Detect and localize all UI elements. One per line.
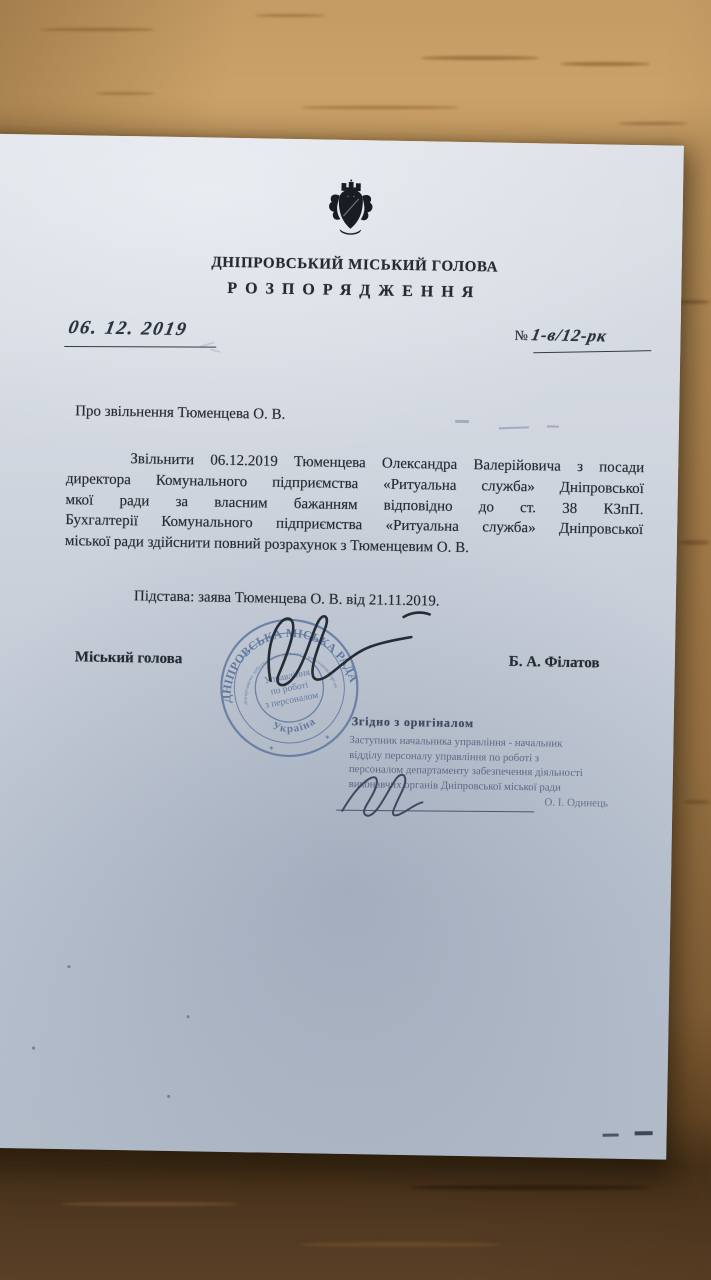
wood-grain-streak (410, 1185, 650, 1190)
number-underline (533, 350, 651, 353)
number-field: № 1-в/12-рк (514, 325, 606, 347)
subject-line: Про звільнення Тюменцева О. В. (75, 403, 495, 427)
date-field: 06. 12. 2019 (68, 317, 187, 341)
wood-grain-streak (618, 122, 688, 125)
wood-grain-streak (255, 14, 325, 17)
paper-speck (167, 1095, 170, 1098)
wood-grain-streak (95, 92, 155, 95)
wood-grain-streak (60, 1202, 240, 1206)
ink-smudge (455, 420, 469, 423)
document-type-title: РОЗПОРЯДЖЕННЯ (69, 277, 639, 305)
city-emblem-icon (326, 178, 375, 241)
print-mark (603, 1134, 619, 1137)
photo-background: ДНІПРОВСЬКИЙ МІСЬКИЙ ГОЛОВА РОЗПОРЯДЖЕНН… (0, 0, 711, 1280)
wood-grain-streak (684, 800, 710, 804)
stamp-star: ✶ (268, 744, 275, 753)
paper-speck (187, 1015, 190, 1018)
document-paper: ДНІПРОВСЬКИЙ МІСЬКИЙ ГОЛОВА РОЗПОРЯДЖЕНН… (0, 133, 684, 1160)
paper-speck (67, 965, 70, 968)
wood-grain-streak (300, 106, 460, 109)
handwritten-number: 1-в/12-рк (529, 325, 608, 346)
svg-text:Україна: Україна (269, 712, 319, 739)
stamp-star: ✶ (324, 733, 331, 742)
wood-grain-streak (680, 540, 710, 545)
ink-smudge (499, 426, 529, 429)
signer-title: Міський голова (75, 649, 183, 668)
pencil-smudge (210, 348, 220, 353)
mayor-signature-icon (252, 602, 446, 701)
certification-title: Згідно з оригіналом (352, 714, 474, 731)
wood-grain-streak (560, 62, 650, 66)
print-mark (635, 1131, 653, 1135)
number-label: № (514, 329, 528, 344)
signer-name: Б. А. Філатов (509, 654, 600, 673)
org-name: ДНІПРОВСЬКИЙ МІСЬКИЙ ГОЛОВА (70, 252, 640, 279)
date-underline (64, 346, 216, 348)
body-paragraph: Звільнити 06.12.2019 Тюменцева Олександр… (65, 448, 645, 562)
wood-grain-streak (300, 1242, 500, 1247)
stamp-bottom-text: Україна (269, 712, 319, 739)
ink-smudge (547, 425, 559, 427)
paper-speck (32, 1047, 35, 1050)
wood-grain-streak (40, 28, 155, 31)
wood-grain-streak (420, 56, 540, 60)
handwritten-date: 06. 12. 2019 (66, 317, 189, 341)
certifier-name: О. І. Одинець (544, 796, 608, 809)
certifier-signature-icon (330, 761, 471, 821)
